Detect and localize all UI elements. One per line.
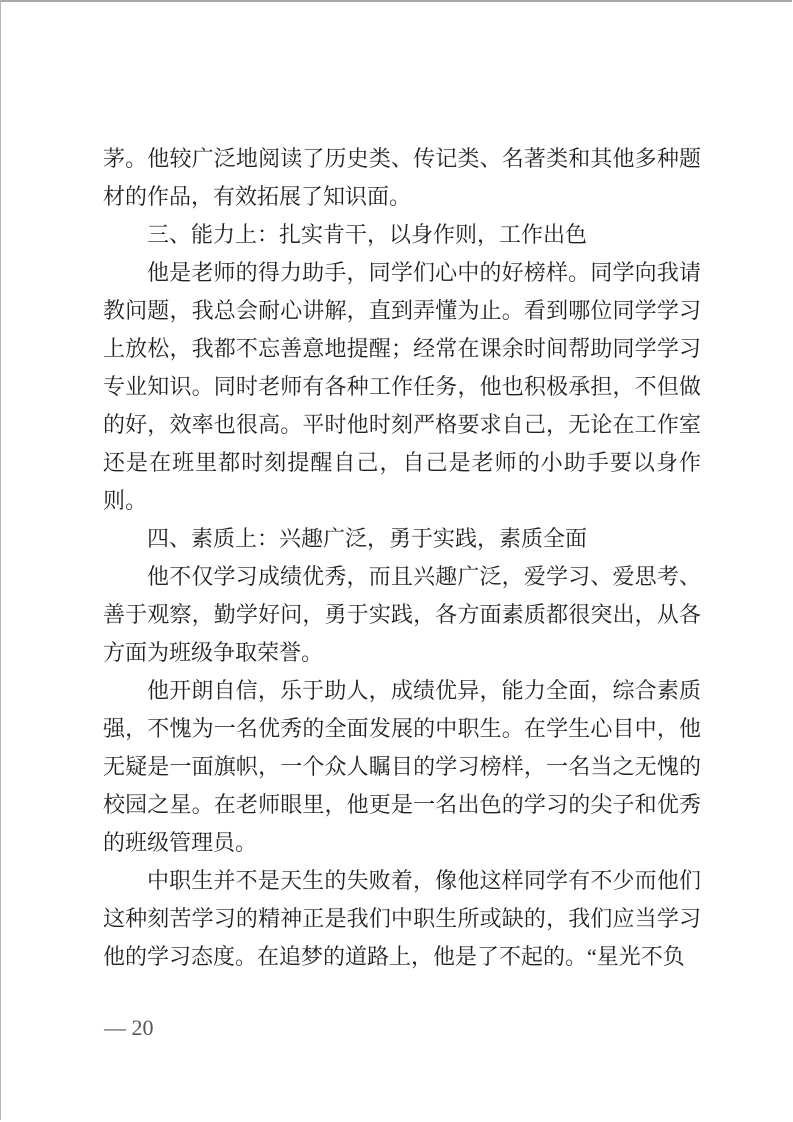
- document-body: 茅。他较广泛地阅读了历史类、传记类、名著类和其他多种题材的作品，有效拓展了知识面…: [103, 140, 701, 976]
- paragraph-conclusion-cut-off: 中职生并不是天生的失败着，像他这样同学有不少而他们这种刻苦学习的精神正是我们中职…: [103, 862, 701, 976]
- document-page: 茅。他较广泛地阅读了历史类、传记类、名著类和其他多种题材的作品，有效拓展了知识面…: [0, 0, 792, 1120]
- paragraph-reading-continuation: 茅。他较广泛地阅读了历史类、传记类、名著类和其他多种题材的作品，有效拓展了知识面…: [103, 140, 701, 216]
- section-heading-quality: 四、素质上：兴趣广泛，勇于实践，素质全面: [103, 520, 701, 558]
- section-heading-ability: 三、能力上：扎实肯干，以身作则，工作出色: [103, 216, 701, 254]
- paragraph-ability: 他是老师的得力助手，同学们心中的好榜样。同学向我请教问题，我总会耐心讲解，直到弄…: [103, 254, 701, 520]
- page-number: — 20: [104, 1015, 154, 1040]
- page-footer: — 20: [104, 1015, 154, 1041]
- paragraph-quality: 他不仅学习成绩优秀，而且兴趣广泛，爱学习、爱思考、善于观察，勤学好问，勇于实践，…: [103, 558, 701, 672]
- paragraph-overall-evaluation: 他开朗自信，乐于助人，成绩优异，能力全面，综合素质强，不愧为一名优秀的全面发展的…: [103, 672, 701, 862]
